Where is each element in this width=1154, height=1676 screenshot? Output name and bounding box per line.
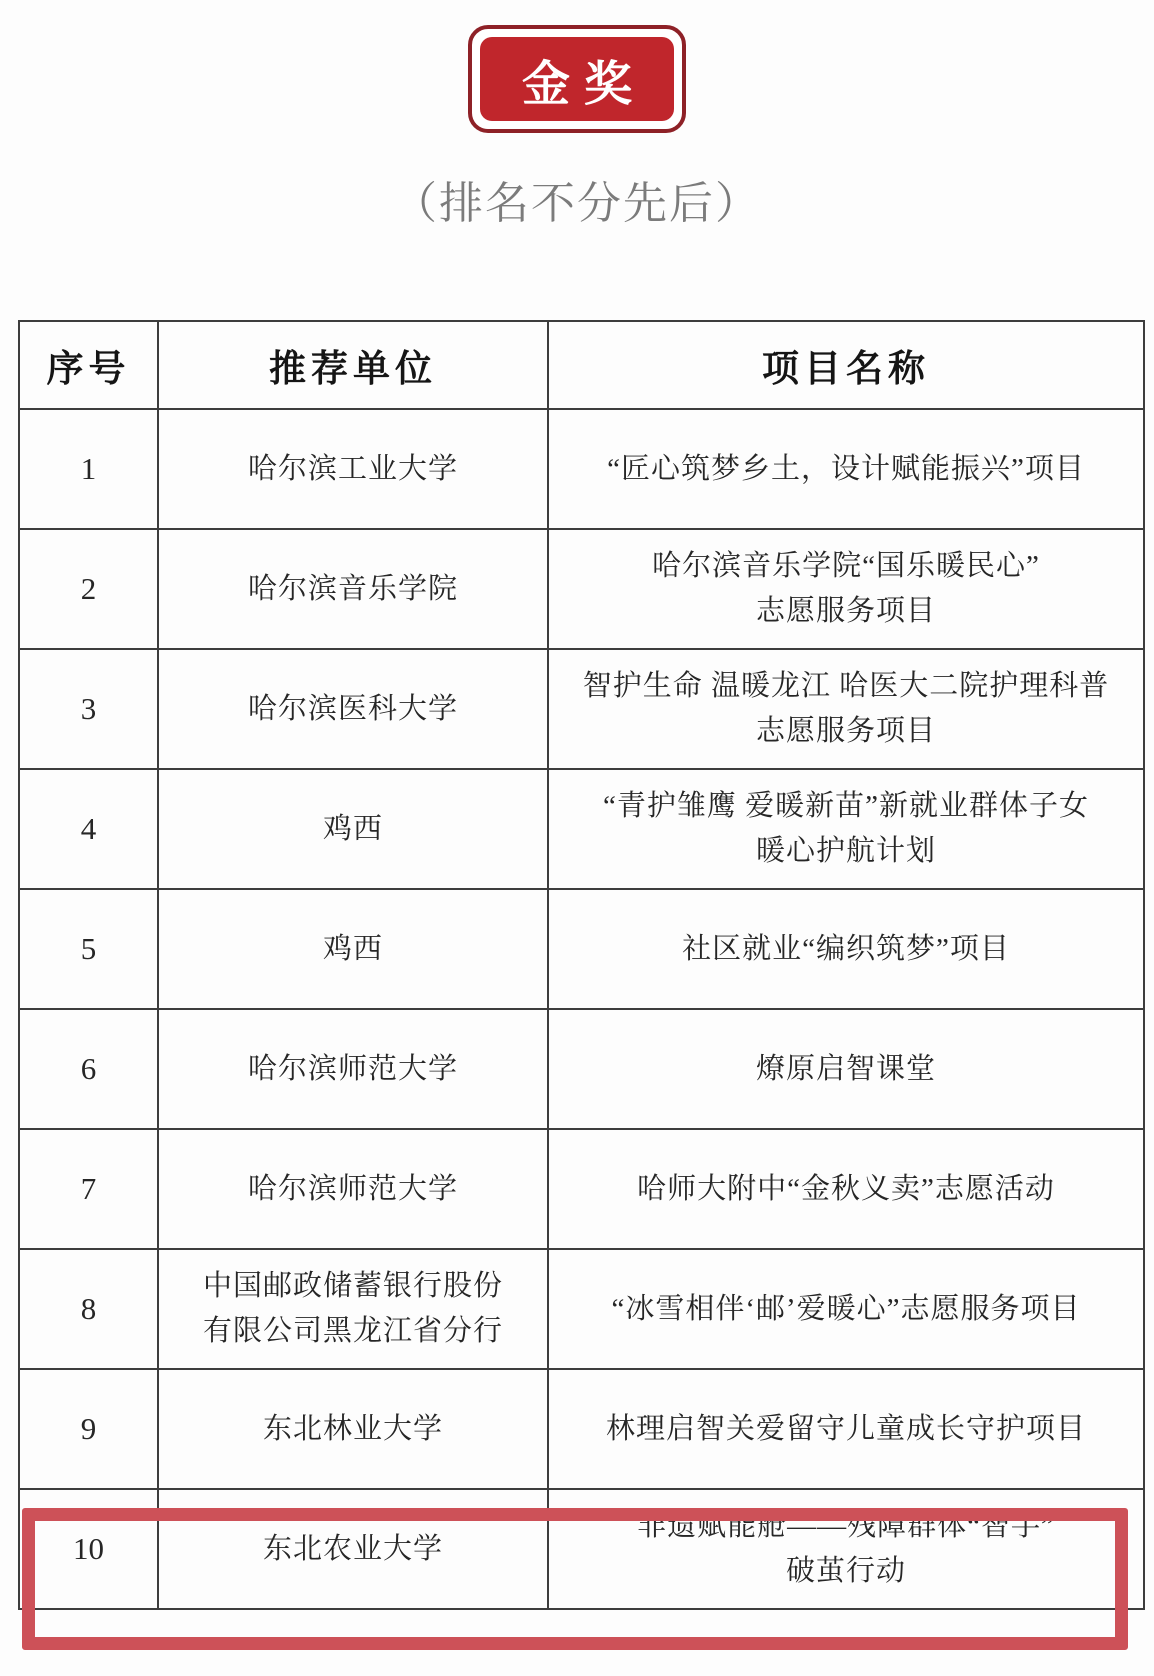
project-cell: “青护雏鹰 爱暖新苗”新就业群体子女 暖心护航计划 xyxy=(548,769,1144,889)
page: 金奖 （排名不分先后） 序号 推荐单位 项目名称 1哈尔滨工业大学“匠心筑梦乡土… xyxy=(0,0,1154,1676)
unit-cell: 哈尔滨医科大学 xyxy=(158,649,548,769)
row-number-cell: 2 xyxy=(19,529,158,649)
unit-cell: 哈尔滨工业大学 xyxy=(158,409,548,529)
header-cell-project: 项目名称 xyxy=(548,321,1144,409)
unit-cell: 哈尔滨音乐学院 xyxy=(158,529,548,649)
row-number-cell: 5 xyxy=(19,889,158,1009)
table-row: 7哈尔滨师范大学哈师大附中“金秋义卖”志愿活动 xyxy=(19,1129,1144,1249)
row-number-cell: 1 xyxy=(19,409,158,529)
row-number-cell: 10 xyxy=(19,1489,158,1609)
project-cell: 非遗赋能舱——残障群体“智手” 破茧行动 xyxy=(548,1489,1144,1609)
row-number-cell: 8 xyxy=(19,1249,158,1369)
table-row: 2哈尔滨音乐学院哈尔滨音乐学院“国乐暖民心” 志愿服务项目 xyxy=(19,529,1144,649)
header-row: 序号 推荐单位 项目名称 xyxy=(19,321,1144,409)
project-cell: 哈师大附中“金秋义卖”志愿活动 xyxy=(548,1129,1144,1249)
project-cell: 哈尔滨音乐学院“国乐暖民心” 志愿服务项目 xyxy=(548,529,1144,649)
row-number-cell: 4 xyxy=(19,769,158,889)
row-number-cell: 3 xyxy=(19,649,158,769)
table-row-highlighted: 10东北农业大学非遗赋能舱——残障群体“智手” 破茧行动 xyxy=(19,1489,1144,1609)
unit-cell: 哈尔滨师范大学 xyxy=(158,1129,548,1249)
table-row: 6哈尔滨师范大学燎原启智课堂 xyxy=(19,1009,1144,1129)
header-cell-unit: 推荐单位 xyxy=(158,321,548,409)
gold-award-badge-inner: 金奖 xyxy=(480,37,674,121)
unit-cell: 鸡西 xyxy=(158,769,548,889)
row-number-cell: 9 xyxy=(19,1369,158,1489)
table-row: 1哈尔滨工业大学“匠心筑梦乡土，设计赋能振兴”项目 xyxy=(19,409,1144,529)
project-cell: “匠心筑梦乡土，设计赋能振兴”项目 xyxy=(548,409,1144,529)
project-cell: 社区就业“编织筑梦”项目 xyxy=(548,889,1144,1009)
badge-label: 金奖 xyxy=(522,45,646,114)
table-row: 9东北林业大学林理启智关爱留守儿童成长守护项目 xyxy=(19,1369,1144,1489)
header-cell-number: 序号 xyxy=(19,321,158,409)
unit-cell: 东北林业大学 xyxy=(158,1369,548,1489)
award-table: 序号 推荐单位 项目名称 1哈尔滨工业大学“匠心筑梦乡土，设计赋能振兴”项目2哈… xyxy=(18,320,1145,1610)
unit-cell: 哈尔滨师范大学 xyxy=(158,1009,548,1129)
table-row: 4鸡西“青护雏鹰 爱暖新苗”新就业群体子女 暖心护航计划 xyxy=(19,769,1144,889)
table-row: 5鸡西社区就业“编织筑梦”项目 xyxy=(19,889,1144,1009)
unit-cell: 中国邮政储蓄银行股份 有限公司黑龙江省分行 xyxy=(158,1249,548,1369)
table-row: 3哈尔滨医科大学智护生命 温暖龙江 哈医大二院护理科普 志愿服务项目 xyxy=(19,649,1144,769)
award-table-header: 序号 推荐单位 项目名称 xyxy=(19,321,1144,409)
gold-award-badge: 金奖 xyxy=(468,25,686,133)
unit-cell: 鸡西 xyxy=(158,889,548,1009)
row-number-cell: 7 xyxy=(19,1129,158,1249)
project-cell: 智护生命 温暖龙江 哈医大二院护理科普 志愿服务项目 xyxy=(548,649,1144,769)
project-cell: 林理启智关爱留守儿童成长守护项目 xyxy=(548,1369,1144,1489)
project-cell: 燎原启智课堂 xyxy=(548,1009,1144,1129)
award-table-body: 1哈尔滨工业大学“匠心筑梦乡土，设计赋能振兴”项目2哈尔滨音乐学院哈尔滨音乐学院… xyxy=(19,409,1144,1609)
project-cell: “冰雪相伴‘邮’爱暖心”志愿服务项目 xyxy=(548,1249,1144,1369)
unit-cell: 东北农业大学 xyxy=(158,1489,548,1609)
row-number-cell: 6 xyxy=(19,1009,158,1129)
ranking-note: （排名不分先后） xyxy=(0,178,1154,230)
table-row: 8中国邮政储蓄银行股份 有限公司黑龙江省分行“冰雪相伴‘邮’爱暖心”志愿服务项目 xyxy=(19,1249,1144,1369)
